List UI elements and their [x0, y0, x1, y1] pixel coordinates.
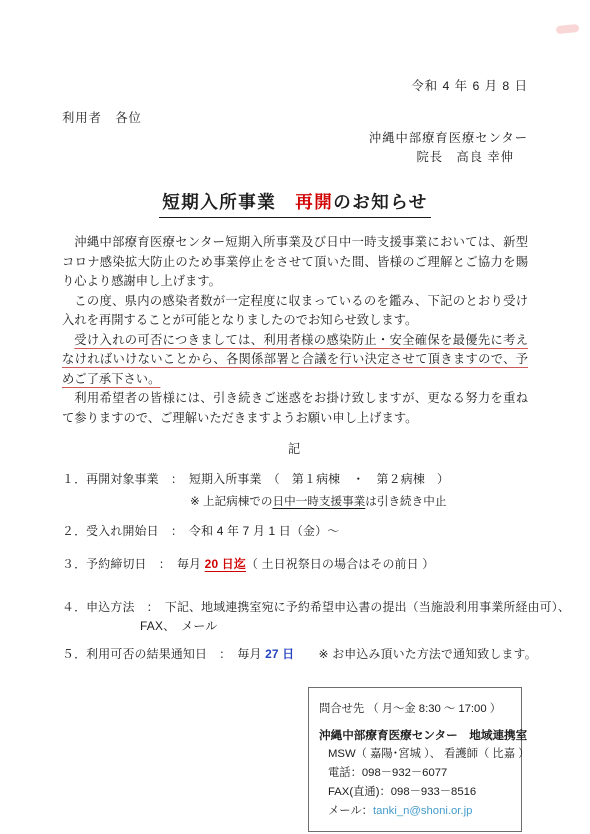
- notice-title: 短期入所事業 再開のお知らせ: [62, 189, 528, 218]
- notification-prefix: ５．利用可否の結果通知日 ： 毎月: [62, 647, 265, 661]
- paragraph-conditions: 受け入れの可否につきましては、利用者様の感染防止・安全確保を最優先に考えなければ…: [62, 331, 528, 390]
- sender-block: 沖縄中部療育医療センター 院長 高良 幸伸: [62, 129, 528, 167]
- list-item-application-method: ４．申込方法 ： 下記、地域連携室宛に予約希望申込書の提出（当施設利用事業所経由…: [62, 598, 528, 636]
- record-marker: 記: [62, 439, 528, 457]
- contact-staff: MSW（ 嘉陽･宮城 ）、 看護師（ 比嘉 ）: [328, 745, 513, 764]
- paragraph-conditions-underlined: 受け入れの可否につきましては、利用者様の感染防止・安全確保を最優先に考えなければ…: [62, 333, 528, 386]
- mail-address-link[interactable]: tanki_n@shoni.or.jp: [373, 805, 472, 817]
- title-part2: のお知らせ: [333, 192, 427, 212]
- scan-artifact: [556, 24, 580, 34]
- recipient-line: 利用者 各位: [62, 108, 528, 126]
- list-item-reservation-deadline: ３．予約締切日 ： 毎月 20 日迄（ 土日祝祭日の場合はその前日 ）: [62, 555, 528, 574]
- contact-phone: 電話：098－932－6077: [328, 764, 513, 783]
- paragraph-reopen-announce: この度、県内の感染者数が一定程度に収まっているのを鑑み、下記のとおり受け入れを再…: [62, 292, 528, 331]
- deadline-prefix: ３．予約締切日 ： 毎月: [62, 557, 205, 571]
- list-item-result-notification: ５．利用可否の結果通知日 ： 毎月 27 日 ※ お申込み頂いた方法で通知致しま…: [62, 645, 528, 664]
- contact-box: 問合せ先 （ 月～金 8:30 ～ 17:00 ） 沖縄中部療育医療センター 地…: [308, 687, 522, 832]
- body-text: 沖縄中部療育医療センター短期入所事業及び日中一時支援事業においては、新型コロナ感…: [62, 233, 528, 428]
- document-date: 令和 4 年 6 月 8 日: [62, 0, 528, 94]
- note-underlined-daycare: 日中一時支援事業: [273, 495, 366, 508]
- contact-organization: 沖縄中部療育医療センター 地域連携室: [319, 726, 513, 745]
- notification-date-blue: 27 日: [265, 647, 294, 661]
- contact-mail-line: メール：tanki_n@shoni.or.jp: [328, 802, 513, 821]
- notice-document-page: 令和 4 年 6 月 8 日 利用者 各位 沖縄中部療育医療センター 院長 高良…: [0, 0, 590, 834]
- deadline-date-red: 20 日迄: [205, 557, 246, 571]
- deadline-suffix: （ 土日祝祭日の場合はその前日 ）: [246, 557, 434, 571]
- note-prefix: ※ 上記病棟での: [190, 495, 273, 508]
- paragraph-thanks: 沖縄中部療育医療センター短期入所事業及び日中一時支援事業においては、新型コロナ感…: [62, 233, 528, 292]
- application-method-line1: ４．申込方法 ： 下記、地域連携室宛に予約希望申込書の提出（当施設利用事業所経由…: [62, 600, 570, 614]
- mail-label: メール：: [328, 805, 373, 817]
- list-item-target-business-note: ※ 上記病棟での日中一時支援事業は引き続き中止: [190, 493, 528, 509]
- application-method-line2: FAX、 メール: [140, 617, 217, 636]
- sender-organization: 沖縄中部療育医療センター: [62, 129, 528, 148]
- contact-hours: 問合せ先 （ 月～金 8:30 ～ 17:00 ）: [319, 700, 513, 719]
- note-suffix: は引き続き中止: [365, 495, 446, 508]
- title-highlight-reopen: 再開: [295, 192, 333, 212]
- list-item-target-business: １．再開対象事業 ： 短期入所事業 （ 第１病棟 ・ 第２病棟 ）: [62, 470, 528, 489]
- sender-person: 院長 高良 幸伸: [62, 148, 528, 167]
- list-item-start-date: ２．受入れ開始日 ： 令和 4 年 7 月 1 日（金）～: [62, 522, 528, 541]
- title-part1: 短期入所事業: [162, 192, 295, 212]
- notification-suffix: ※ お申込み頂いた方法で通知致します。: [294, 647, 536, 661]
- notice-title-underline: 短期入所事業 再開のお知らせ: [159, 189, 430, 218]
- paragraph-apology: 利用希望者の皆様には、引き続きご迷惑をお掛け致しますが、更なる努力を重ねて参りま…: [62, 389, 528, 428]
- contact-fax: FAX(直通)：098－933－8516: [328, 783, 513, 802]
